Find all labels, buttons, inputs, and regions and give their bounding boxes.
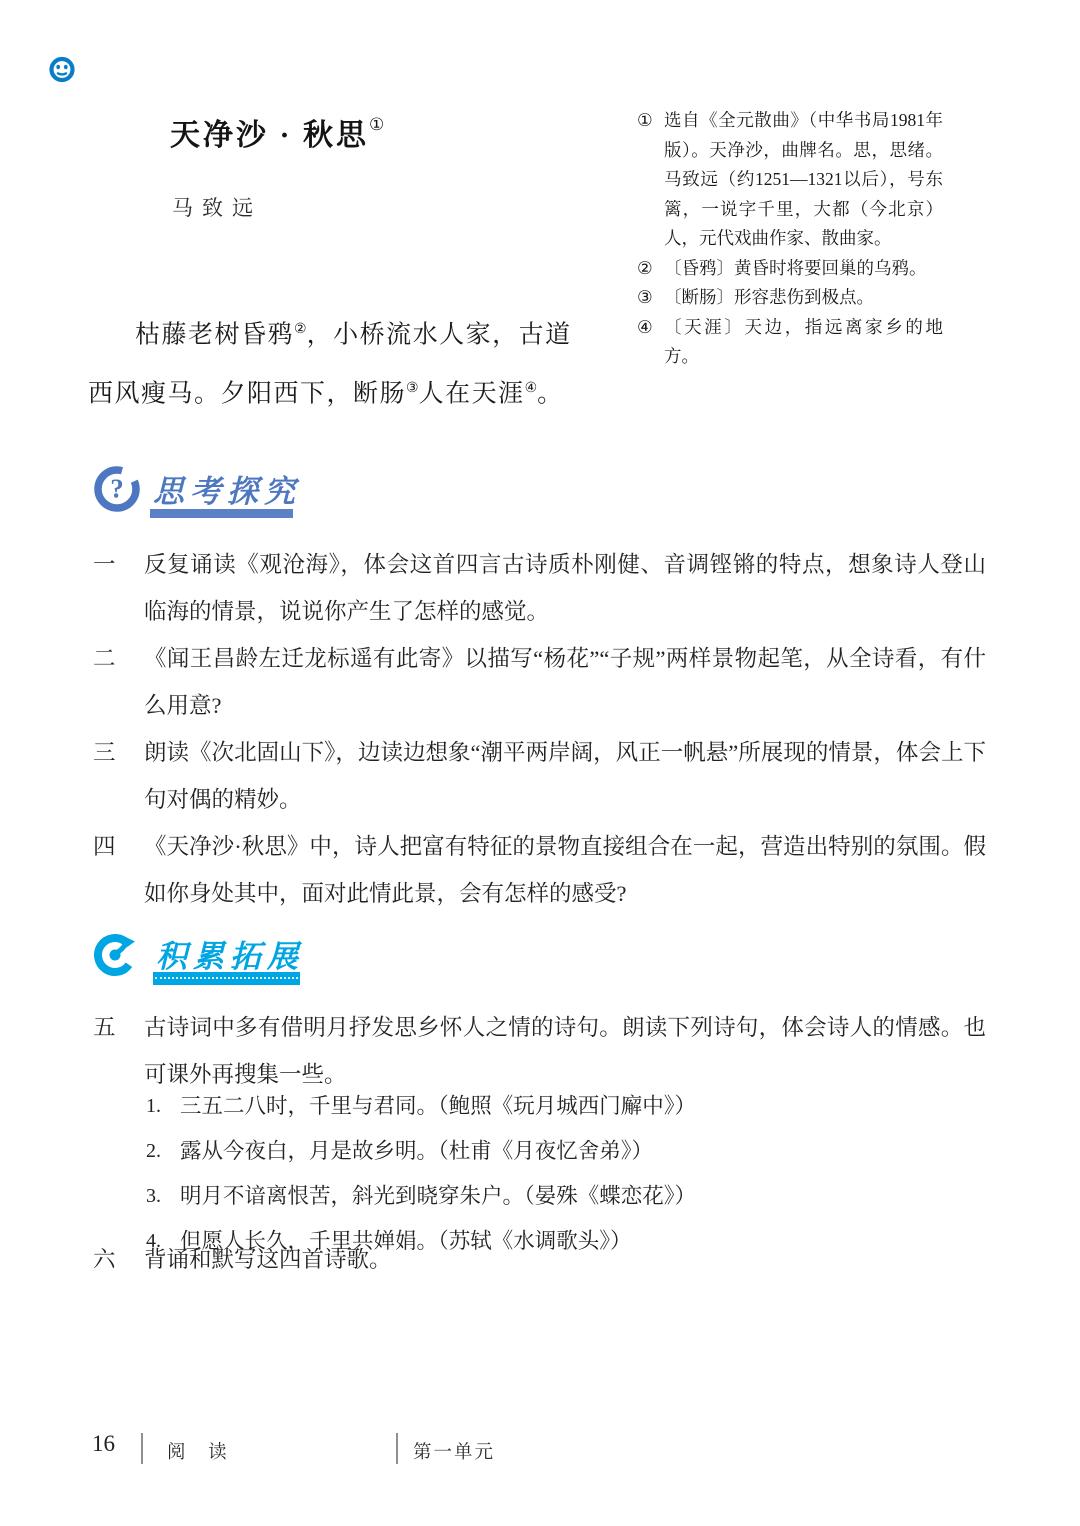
note-text: 选自《全元散曲》（中华书局1981年版）。天净沙，曲牌名。思，思绪。马致远（约1… (664, 106, 943, 254)
note-item: ② 〔昏鸦〕黄昏时将要回巢的乌鸦。 (637, 254, 943, 284)
textbook-page: 天净沙 · 秋思① 马致远 枯藤老树昏鸦②，小桥流水人家，古道 西风瘦马。夕阳西… (0, 0, 1080, 1526)
author-name: 马致远 (172, 192, 262, 222)
note-number: ④ (637, 313, 664, 372)
question-item: 一 反复诵读《观沧海》，体会这首四言古诗质朴刚健、音调铿锵的特点，想象诗人登山临… (93, 541, 986, 635)
footer-unit-label: 第一单元 (413, 1438, 495, 1464)
heading-underline (150, 509, 293, 518)
annotations-column: ① 选自《全元散曲》（中华书局1981年版）。天净沙，曲牌名。思，思绪。马致远（… (637, 106, 943, 372)
think-question-list: 一 反复诵读《观沧海》，体会这首四言古诗质朴刚健、音调铿锵的特点，想象诗人登山临… (93, 541, 986, 917)
question-item: 二 《闻王昌龄左迁龙标遥有此寄》以描写“杨花”“子规”两样景物起笔，从全诗看，有… (93, 635, 986, 729)
note-item: ① 选自《全元散曲》（中华书局1981年版）。天净沙，曲牌名。思，思绪。马致远（… (637, 106, 943, 254)
note-text: 〔断肠〕形容悲伤到极点。 (664, 283, 943, 313)
title-note-ref: ① (369, 115, 384, 134)
item-text: 露从今夜白，月是故乡明。（杜甫《月夜忆舍弟》） (180, 1129, 986, 1174)
heading-underline (153, 972, 300, 985)
item-number: 2. (146, 1129, 180, 1174)
poem-text: 枯藤老树昏鸦 (135, 321, 294, 348)
footer-divider (141, 1433, 143, 1464)
footer-divider (396, 1433, 398, 1464)
poem-text: 。 (537, 381, 564, 408)
question-text: 《天净沙·秋思》中，诗人把富有特征的景物直接组合在一起，营造出特别的氛围。假如你… (144, 823, 986, 917)
question-text: 朗读《次北固山下》，边读边想象“潮平两岸阔，风正一帆悬”所展现的情景，体会上下句… (144, 729, 986, 823)
page-number: 16 (92, 1431, 115, 1457)
section-heading-think-explore: 思考探究 (153, 466, 301, 511)
note-number: ③ (637, 283, 664, 313)
question-text: 背诵和默写这四首诗歌。 (144, 1236, 986, 1283)
item-number: 1. (146, 1084, 180, 1129)
poem-text: 人在天涯 (419, 381, 525, 408)
question-item: 六 背诵和默写这四首诗歌。 (93, 1236, 986, 1283)
question-number: 五 (93, 1004, 144, 1098)
question-number: 六 (93, 1236, 144, 1283)
svg-text:?: ? (110, 474, 124, 504)
smiley-face-icon[interactable] (48, 56, 76, 84)
note-item: ③ 〔断肠〕形容悲伤到极点。 (637, 283, 943, 313)
poem-line-2: 西风瘦马。夕阳西下，断肠③人在天涯④。 (88, 362, 593, 421)
item-text: 三五二八时，千里与君同。（鲍照《玩月城西门廨中》） (180, 1084, 986, 1129)
section-heading-accumulate-expand: 积累拓展 (156, 931, 304, 976)
poem-text: ，小桥流水人家，古道 (307, 321, 572, 348)
note-number: ① (637, 106, 664, 254)
question-item: 四 《天净沙·秋思》中，诗人把富有特征的景物直接组合在一起，营造出特别的氛围。假… (93, 823, 986, 917)
note-ref-3: ③ (406, 381, 419, 396)
item-text: 明月不谙离恨苦，斜光到晓穿朱户。（晏殊《蝶恋花》） (180, 1174, 986, 1219)
note-text: 〔天涯〕天边，指远离家乡的地方。 (664, 313, 943, 372)
poem-line-1: 枯藤老树昏鸦②，小桥流水人家，古道 (88, 303, 593, 362)
question-number: 一 (93, 541, 144, 635)
question-text: 反复诵读《观沧海》，体会这首四言古诗质朴刚健、音调铿锵的特点，想象诗人登山临海的… (144, 541, 986, 635)
note-ref-2: ② (294, 322, 307, 337)
poem-text: 西风瘦马。夕阳西下，断肠 (88, 381, 406, 408)
question-item: 三 朗读《次北固山下》，边读边想象“潮平两岸阔，风正一帆悬”所展现的情景，体会上… (93, 729, 986, 823)
lesson-title-text: 天净沙 · 秋思 (170, 119, 369, 152)
rotate-arrow-icon (92, 929, 142, 979)
question-number: 三 (93, 729, 144, 823)
list-item: 1. 三五二八时，千里与君同。（鲍照《玩月城西门廨中》） (146, 1084, 986, 1129)
question-number: 二 (93, 635, 144, 729)
list-item: 2. 露从今夜白，月是故乡明。（杜甫《月夜忆舍弟》） (146, 1129, 986, 1174)
question-text: 《闻王昌龄左迁龙标遥有此寄》以描写“杨花”“子规”两样景物起笔，从全诗看，有什么… (144, 635, 986, 729)
question-number: 四 (93, 823, 144, 917)
question-circle-icon: ? (94, 466, 140, 512)
accumulate-question-six: 六 背诵和默写这四首诗歌。 (93, 1236, 986, 1283)
note-item: ④ 〔天涯〕天边，指远离家乡的地方。 (637, 313, 943, 372)
note-text: 〔昏鸦〕黄昏时将要回巢的乌鸦。 (664, 254, 943, 284)
item-number: 3. (146, 1174, 180, 1219)
list-item: 3. 明月不谙离恨苦，斜光到晓穿朱户。（晏殊《蝶恋花》） (146, 1174, 986, 1219)
poem: 枯藤老树昏鸦②，小桥流水人家，古道 西风瘦马。夕阳西下，断肠③人在天涯④。 (88, 303, 593, 422)
footer-section-label: 阅 读 (167, 1438, 236, 1464)
note-ref-4: ④ (525, 381, 538, 396)
note-number: ② (637, 254, 664, 284)
lesson-title: 天净沙 · 秋思① (170, 110, 384, 154)
